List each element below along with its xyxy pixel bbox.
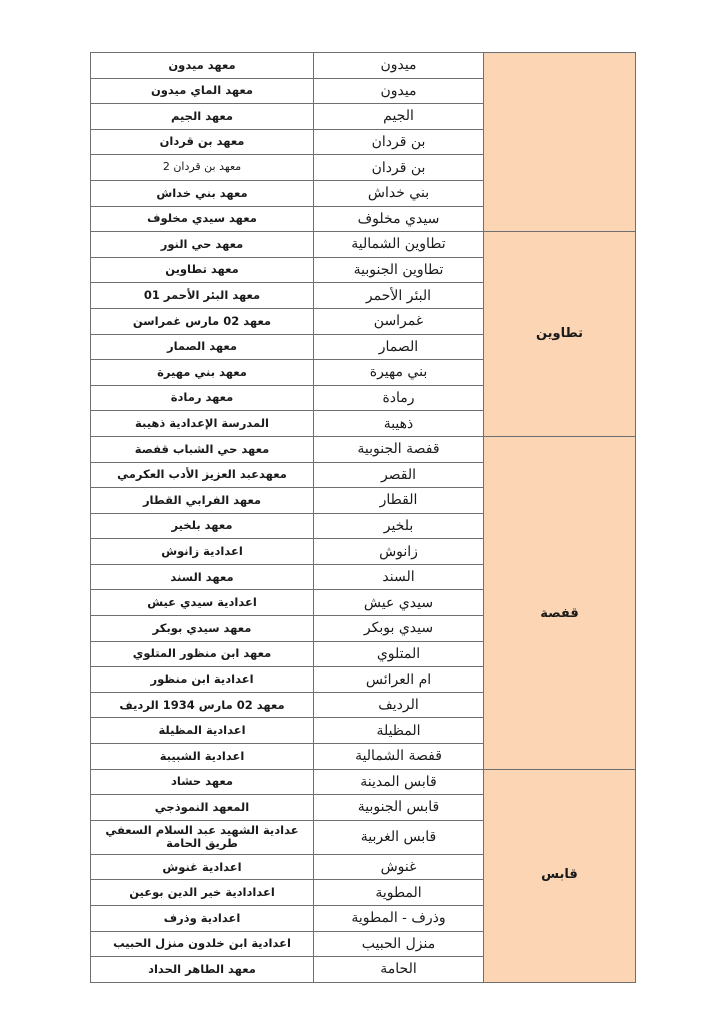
delegation-cell: قفصة الجنوبية <box>314 436 484 462</box>
school-cell: اعدادية ابن منظور <box>91 667 314 693</box>
school-cell: معهد بني مهيرة <box>91 360 314 386</box>
school-cell: معهد السند <box>91 564 314 590</box>
school-cell: معهد حي النور <box>91 232 314 258</box>
delegation-cell: ميدون <box>314 78 484 104</box>
delegation-cell: بن قردان <box>314 129 484 155</box>
school-cell: معهد حشاد <box>91 769 314 795</box>
delegation-cell: رمادة <box>314 385 484 411</box>
delegation-cell: تطاوين الجنوبية <box>314 257 484 283</box>
delegation-cell: ميدون <box>314 53 484 79</box>
school-cell: معهد تطاوين <box>91 257 314 283</box>
delegation-cell: ذهيبة <box>314 411 484 437</box>
school-cell: معهد سيدي مخلوف <box>91 206 314 232</box>
delegation-cell: المتلوي <box>314 641 484 667</box>
school-cell: اعدادية وذرف <box>91 906 314 932</box>
delegation-cell: قابس المدينة <box>314 769 484 795</box>
governorate-cell <box>484 53 636 232</box>
school-cell: معهد بلخير <box>91 513 314 539</box>
delegation-cell: بلخير <box>314 513 484 539</box>
school-cell: معهد الفرابي القطار <box>91 488 314 514</box>
delegation-cell: غمراسن <box>314 308 484 334</box>
delegation-cell: بن قردان <box>314 155 484 181</box>
table-row: تطاوين تطاوين الشمالية معهد حي النور <box>91 232 636 258</box>
school-cell: اعدادية غنوش <box>91 854 314 880</box>
school-cell: معهد ابن منظور المتلوي <box>91 641 314 667</box>
school-cell: المدرسة الإعدادية ذهيبة <box>91 411 314 437</box>
delegation-cell: الصمار <box>314 334 484 360</box>
school-cell: معهد الطاهر الحداد <box>91 957 314 983</box>
school-cell: اعدادادية خير الدين بوعين <box>91 880 314 906</box>
delegation-cell: قابس الغربية <box>314 820 484 854</box>
table-row: قفصة قفصة الجنوبية معهد حي الشباب قفصة <box>91 436 636 462</box>
school-cell: معهد ميدون <box>91 53 314 79</box>
school-cell: معهد بني خداش <box>91 180 314 206</box>
delegation-cell: سيدي بوبكر <box>314 616 484 642</box>
school-cell: اعدادية ابن خلدون منزل الحبيب <box>91 931 314 957</box>
delegation-cell: المطوية <box>314 880 484 906</box>
table-row: قابس قابس المدينة معهد حشاد <box>91 769 636 795</box>
delegation-cell: الحامة <box>314 957 484 983</box>
school-cell: معهد رمادة <box>91 385 314 411</box>
delegation-cell: غنوش <box>314 854 484 880</box>
delegation-cell: تطاوين الشمالية <box>314 232 484 258</box>
delegation-cell: سيدي مخلوف <box>314 206 484 232</box>
school-cell: اعدادية الشبيبة <box>91 744 314 770</box>
school-cell: معهد الصمار <box>91 334 314 360</box>
school-cell: معهد 02 مارس غمراسن <box>91 308 314 334</box>
delegation-cell: بني خداش <box>314 180 484 206</box>
delegation-cell: ام العرائس <box>314 667 484 693</box>
delegation-cell: البئر الأحمر <box>314 283 484 309</box>
school-cell: عدادية الشهيد عبد السلام السعفي طريق الح… <box>91 820 314 854</box>
delegation-cell: منزل الحبيب <box>314 931 484 957</box>
table-row: ميدون معهد ميدون <box>91 53 636 79</box>
delegation-cell: الجيم <box>314 104 484 130</box>
delegation-cell: زانوش <box>314 539 484 565</box>
delegation-cell: قابس الجنوبية <box>314 795 484 821</box>
delegation-cell: الرديف <box>314 692 484 718</box>
school-cell: اعدادية المظيلة <box>91 718 314 744</box>
delegation-cell: القصر <box>314 462 484 488</box>
school-cell: معهد بن قردان <box>91 129 314 155</box>
governorate-cell: قابس <box>484 769 636 982</box>
delegation-cell: السند <box>314 564 484 590</box>
school-cell: معهد سيدي بوبكر <box>91 616 314 642</box>
delegation-cell: قفصة الشمالية <box>314 744 484 770</box>
delegation-cell: المظيلة <box>314 718 484 744</box>
schools-table: ميدون معهد ميدون ميدون معهد الماي ميدون … <box>90 52 636 983</box>
school-cell: اعدادية سيدي عيش <box>91 590 314 616</box>
school-cell: معهد الماي ميدون <box>91 78 314 104</box>
school-cell: المعهد النموذجي <box>91 795 314 821</box>
school-cell: معهد الجيم <box>91 104 314 130</box>
governorate-cell: قفصة <box>484 436 636 769</box>
delegation-cell: سيدي عيش <box>314 590 484 616</box>
school-cell: معهدعبد العزيز الأدب العكرمي <box>91 462 314 488</box>
school-cell: معهد حي الشباب قفصة <box>91 436 314 462</box>
school-cell: معهد البئر الأحمر 01 <box>91 283 314 309</box>
governorate-cell: تطاوين <box>484 232 636 437</box>
delegation-cell: بني مهيرة <box>314 360 484 386</box>
school-cell: معهد بن قردان 2 <box>91 155 314 181</box>
delegation-cell: وذرف - المطوية <box>314 906 484 932</box>
school-cell: معهد 02 مارس 1934 الرديف <box>91 692 314 718</box>
school-cell: اعدادية زانوش <box>91 539 314 565</box>
delegation-cell: القطار <box>314 488 484 514</box>
